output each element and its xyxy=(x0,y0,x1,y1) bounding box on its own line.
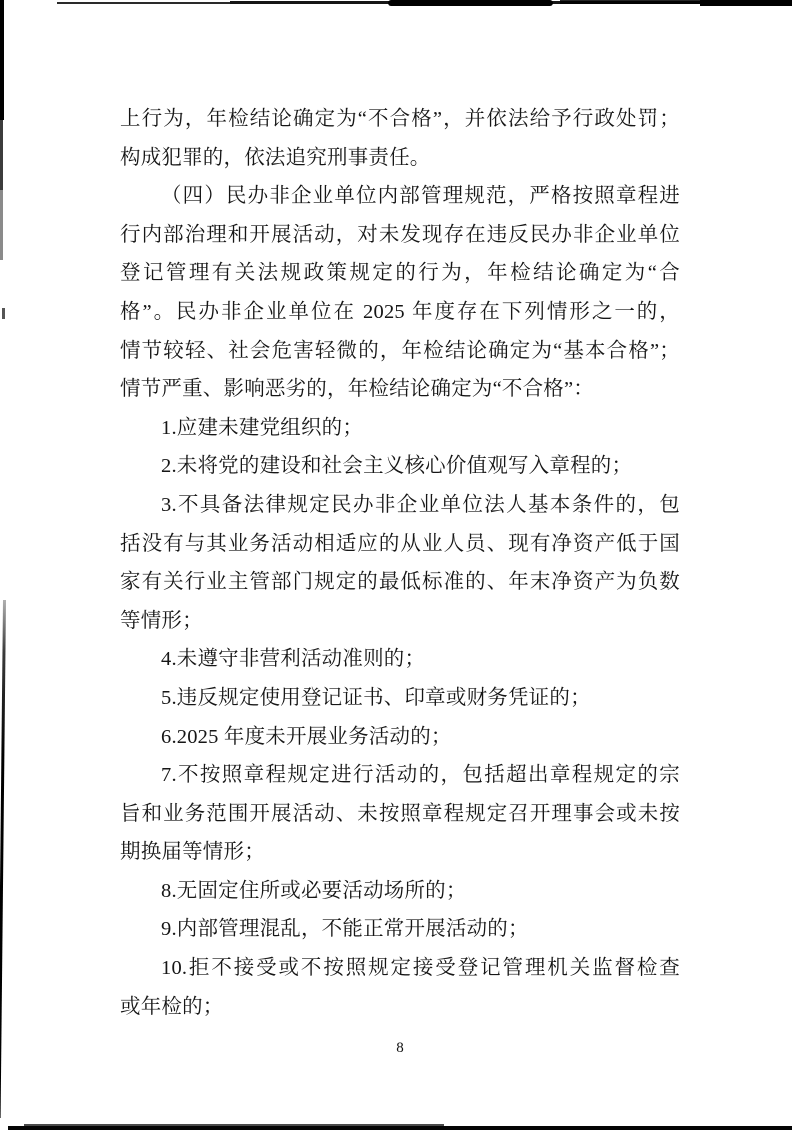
text-line: 10.拒不接受或不按照规定接受登记管理机关监督检查 xyxy=(120,949,680,988)
text-line: 等情形； xyxy=(120,602,680,641)
text-line: 或年检的； xyxy=(120,988,680,1027)
text-line: 4.未遵守非营利活动准则的； xyxy=(120,640,680,679)
text-line: 期换届等情形； xyxy=(120,833,680,872)
scan-artifact-bottom-edge xyxy=(24,1124,444,1126)
text-line: （四）民办非企业单位内部管理规范，严格按照章程进 xyxy=(120,177,680,216)
text-line: 行内部治理和开展活动，对未发现存在违反民办非企业单位 xyxy=(120,216,680,255)
text-line: 5.违反规定使用登记证书、印章或财务凭证的； xyxy=(120,679,680,718)
text-line: 上行为，年检结论确定为“不合格”，并依法给予行政处罚； xyxy=(120,100,680,139)
scan-artifact-left-speck xyxy=(2,308,5,319)
text-line: 登记管理有关法规政策规定的行为，年检结论确定为“合 xyxy=(120,254,680,293)
text-line: 1.应建未建党组织的； xyxy=(120,409,680,448)
text-line: 家有关行业主管部门规定的最低标准的、年末净资产为负数 xyxy=(120,563,680,602)
text-line: 构成犯罪的，依法追究刑事责任。 xyxy=(120,139,680,178)
text-line: 9.内部管理混乱，不能正常开展活动的； xyxy=(120,910,680,949)
text-line: 6.2025 年度未开展业务活动的； xyxy=(120,718,680,757)
document-body-text: 上行为，年检结论确定为“不合格”，并依法给予行政处罚；构成犯罪的，依法追究刑事责… xyxy=(120,100,680,1026)
text-line: 情节严重、影响恶劣的，年检结论确定为“不合格”： xyxy=(120,370,680,409)
scanned-document-page: 上行为，年检结论确定为“不合格”，并依法给予行政处罚；构成犯罪的，依法追究刑事责… xyxy=(0,0,792,1133)
scan-artifact-left-edge xyxy=(0,120,3,190)
scan-artifact-left-edge xyxy=(0,0,4,120)
text-line: 旨和业务范围开展活动、未按照章程规定召开理事会或未按 xyxy=(120,795,680,834)
text-line: 情节较轻、社会危害轻微的，年检结论确定为“基本合格”； xyxy=(120,332,680,371)
scan-artifact-top-edge xyxy=(57,2,792,4)
scan-artifact-left-edge xyxy=(0,190,3,260)
text-line: 7.不按照章程规定进行活动的，包括超出章程规定的宗 xyxy=(120,756,680,795)
text-line: 格”。民办非企业单位在 2025 年度存在下列情形之一的， xyxy=(120,293,680,332)
scan-artifact-top-edge xyxy=(388,0,553,6)
text-line: 括没有与其业务活动相适应的从业人员、现有净资产低于国 xyxy=(120,525,680,564)
text-line: 8.无固定住所或必要活动场所的； xyxy=(120,872,680,911)
scan-artifact-bottom-edge xyxy=(8,1126,792,1130)
scan-artifact-top-edge xyxy=(560,0,792,4)
scan-artifact-top-edge xyxy=(700,0,792,6)
scan-artifact-left-line xyxy=(0,600,6,1118)
text-line: 3.不具备法律规定民办非企业单位法人基本条件的，包 xyxy=(120,486,680,525)
text-line: 2.未将党的建设和社会主义核心价值观写入章程的； xyxy=(120,447,680,486)
page-number: 8 xyxy=(120,1040,680,1057)
scan-artifact-top-edge xyxy=(230,1,792,4)
